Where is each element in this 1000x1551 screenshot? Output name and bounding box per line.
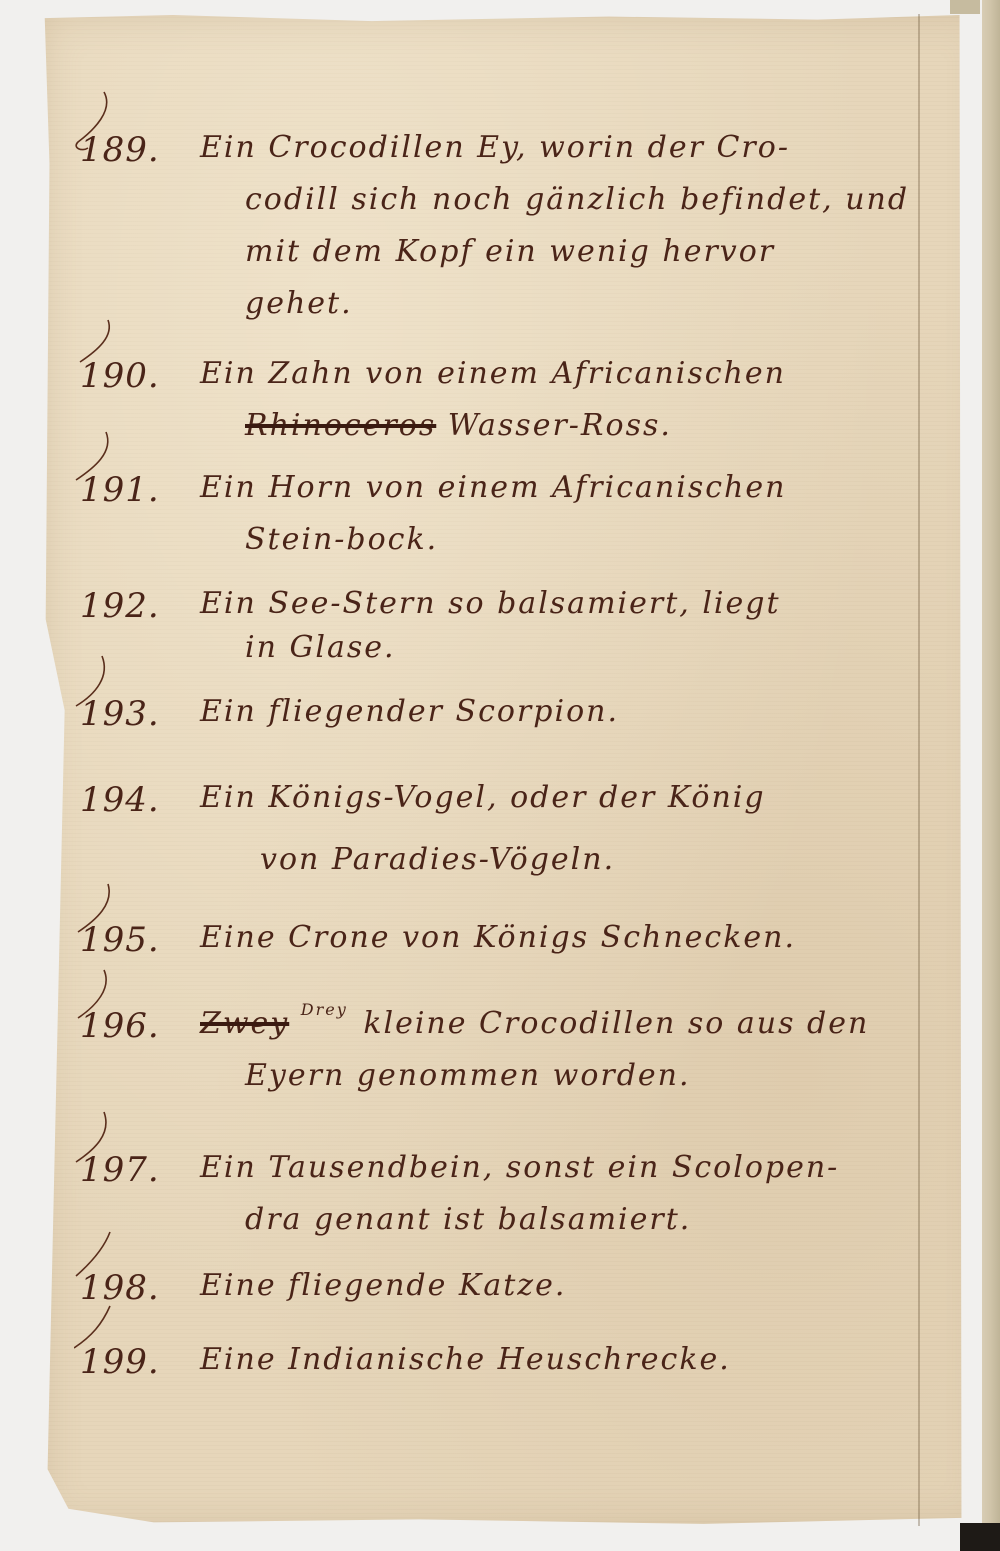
entry-line: codill sich noch gänzlich befindet, und [245, 182, 909, 217]
entry-line-first: Zwey Drey kleine Crocodillen so aus den [200, 1006, 869, 1041]
binding-corner [950, 0, 980, 14]
entry-line: Ein Horn von einem Africanischen [200, 470, 786, 505]
entry-line: in Glase. [245, 630, 396, 665]
entry-number: 195. [80, 920, 160, 960]
inserted-word: Drey [301, 1000, 348, 1019]
entry-number: 197. [80, 1150, 160, 1190]
entry-line: Eine Indianische Heuschrecke. [200, 1342, 731, 1377]
entry-number: 196. [80, 1006, 160, 1046]
entry-line: Eine fliegende Katze. [200, 1268, 566, 1303]
struck-word: Rhinoceros [245, 408, 436, 443]
entry-line: dra genant ist balsamiert. [245, 1202, 691, 1237]
entry-line: Ein See-Stern so balsamiert, liegt [200, 586, 781, 621]
entry-line: Eine Crone von Königs Schnecken. [200, 920, 796, 955]
entry-line: Ein fliegender Scorpion. [200, 694, 619, 729]
entry-line: Ein Königs-Vogel, oder der König [200, 780, 766, 815]
entry-line: Stein-bock. [245, 522, 438, 557]
entry-number: 194. [80, 780, 160, 820]
entry-text: Wasser-Ross. [448, 408, 672, 443]
entry-line: Eyern genommen worden. [245, 1058, 691, 1093]
page-fold-line [918, 14, 920, 1526]
entry-line-continued: Rhinoceros Wasser-Ross. [245, 408, 672, 443]
entry-line: von Paradies-Vögeln. [260, 842, 615, 877]
entry-line: gehet. [245, 286, 353, 321]
entry-number: 191. [80, 470, 160, 510]
struck-word: Zwey [200, 1006, 289, 1041]
entry-number: 190. [80, 356, 160, 396]
scan-shadow [960, 1523, 1000, 1551]
entry-number: 193. [80, 694, 160, 734]
entry-line: Ein Zahn von einem Africanischen [200, 356, 786, 391]
entry-line: Ein Tausendbein, sonst ein Scolopen- [200, 1150, 839, 1185]
entry-line: Ein Crocodillen Ey, worin der Cro- [200, 130, 790, 165]
entry-number: 199. [80, 1342, 160, 1382]
entry-line: mit dem Kopf ein wenig hervor [245, 234, 775, 269]
entry-number: 189. [80, 130, 160, 170]
entry-text: kleine Crocodillen so aus den [363, 1006, 869, 1041]
entry-number: 192. [80, 586, 160, 626]
adjacent-page-edge [982, 0, 1000, 1551]
